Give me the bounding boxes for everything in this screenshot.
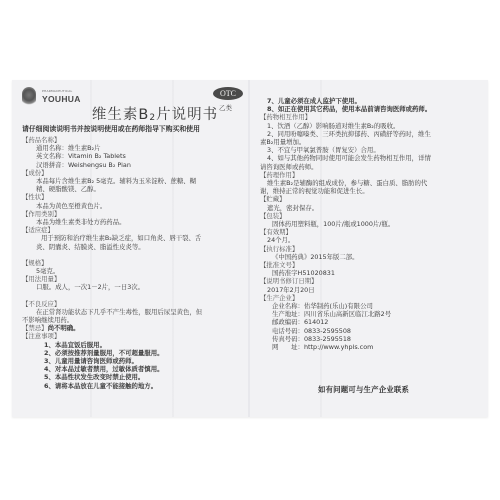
section-heading: 【不良反应】: [22, 300, 244, 308]
section-heading: 【规格】: [22, 259, 244, 267]
section-line: 汉语拼音：Weishengsu B₂ Pian: [22, 161, 244, 169]
section-adverse-reactions: 【不良反应】 在正常肾功能状态下几乎不产生毒性，服用后尿呈黄色，但 不影响继续用…: [22, 300, 244, 325]
precaution-item: 1、本品宜饭后服用。: [22, 341, 244, 349]
section-line: 《中国药典》2015年版二部。: [260, 253, 482, 261]
section-indications: 【适应症】 用于预防和治疗维生素B₂缺乏症，如口角炎、唇干裂、舌 炎、阴囊炎、结…: [22, 226, 244, 251]
section-heading: 【药理作用】: [260, 171, 482, 179]
section-line: 炎、阴囊炎、结膜炎、脂溢性皮炎等。: [22, 243, 244, 251]
left-column: 【药品名称】 通用名称：维生素B₂片 英文名称：Vitamin B₂ Table…: [22, 136, 244, 390]
section-heading: 【贮藏】: [260, 195, 482, 203]
section-line: 本品每片含维生素B₂ 5毫克。辅料为玉米淀粉、蔗糖、糊: [22, 177, 244, 185]
spacer: [22, 251, 244, 259]
section-storage: 【贮藏】 遮光，密封保存。: [260, 195, 482, 211]
section-line: 24个月。: [260, 236, 482, 244]
manufacturer-fax: 传真号码：0833-2595518: [260, 335, 482, 343]
section-line: 2、同用吩噻嗪类、三环类抗抑郁药、丙磺舒等药时，维生: [260, 130, 482, 138]
section-revision-date: 【说明书修订日期】 2017年2月20日: [260, 277, 482, 293]
section-pharmacology: 【药理作用】 维生素B₂是辅酶的组成成份，参与糖、蛋白质、脂肪的代 谢，维持正常…: [260, 171, 482, 196]
title-main: 维生素B: [92, 107, 149, 123]
section-heading: 【成份】: [22, 169, 244, 177]
contact-note: 如有问题可与生产企业联系: [318, 384, 409, 395]
section-heading: 【药物相互作用】: [260, 113, 482, 121]
section-heading: 【性状】: [22, 193, 244, 201]
manufacturer-phone: 电话号码：0833-2595508: [260, 327, 482, 335]
precaution-item: 5、本品性状发生改变时禁止使用。: [22, 373, 244, 381]
logo-tagline: PHARMACEUTICAL: [42, 89, 72, 93]
spacer: [22, 292, 244, 300]
manufacturer-website: 网 址：http://www.yhpls.com: [260, 343, 482, 351]
section-category: 【作用类别】 本品为维生素类非处方药药品。: [22, 210, 244, 226]
section-line: 固体药用塑料瓶，100片/瓶或1000片/瓶。: [260, 220, 482, 228]
section-heading: 【包装】: [260, 212, 482, 220]
precaution-item: 7、儿童必须在成人监护下使用。: [260, 97, 482, 105]
section-manufacturer: 【生产企业】 企业名称：佑华制药(乐山)有限公司 生产地址：四川省乐山高新区临江…: [260, 294, 482, 351]
section-heading: 【药品名称】: [22, 136, 244, 144]
section-expiry: 【有效期】 24个月。: [260, 228, 482, 244]
section-line: 本品为维生素类非处方药药品。: [22, 218, 244, 226]
section-standard: 【执行标准】 《中国药典》2015年版二部。: [260, 245, 482, 261]
section-line: 4、如与其他药物同时使用可能会发生药物相互作用，详情: [260, 154, 482, 162]
section-line: 2017年2月20日: [260, 286, 482, 294]
subtitle-instruction: 请仔细阅读说明书并按说明使用或在药师指导下购买和使用: [22, 123, 244, 133]
section-heading: 【注意事项】: [22, 332, 244, 340]
otc-badge: OTC: [213, 87, 243, 100]
title-rest: 片说明书: [156, 107, 218, 123]
section-line: 1、饮酒（乙醇）影响肠道对维生素B₂的吸收。: [260, 122, 482, 130]
section-interactions: 【药物相互作用】 1、饮酒（乙醇）影响肠道对维生素B₂的吸收。 2、同用吩噻嗪类…: [260, 113, 482, 170]
logo-emblem-icon: [22, 87, 36, 107]
section-heading: 【生产企业】: [260, 294, 482, 302]
section-line: 口服。成人，一次1－2片，一日3次。: [22, 283, 244, 291]
section-heading: 【作用类别】: [22, 210, 244, 218]
section-precautions: 【注意事项】 1、本品宜饭后服用。 2、必须按推荐剂量服用，不可超量服用。 3、…: [22, 332, 244, 389]
section-approval: 【批准文号】 国药准字H51020831: [260, 261, 482, 277]
section-line: 英文名称：Vitamin B₂ Tablets: [22, 152, 244, 160]
section-heading: 【说明书修订日期】: [260, 277, 482, 285]
section-line: 精、硬脂酸镁、乙醇。: [22, 185, 244, 193]
section-line: 本品为黄色至橙黄色片。: [22, 202, 244, 210]
page-title: 维生素B2片说明书: [75, 103, 235, 124]
section-appearance: 【性状】 本品为黄色至橙黄色片。: [22, 193, 244, 209]
section-line: 在正常肾功能状态下几乎不产生毒性，服用后尿呈黄色，但: [22, 308, 244, 316]
manufacturer-postcode: 邮政编码：614012: [260, 318, 482, 326]
precaution-item: 2、必须按推荐剂量服用，不可超量服用。: [22, 349, 244, 357]
section-line: 遮光，密封保存。: [260, 204, 482, 212]
section-ingredients: 【成份】 本品每片含维生素B₂ 5毫克。辅料为玉米淀粉、蔗糖、糊 精、硬脂酸镁、…: [22, 169, 244, 194]
section-line: 谢，维持正常的视觉功能和促进生长。: [260, 187, 482, 195]
section-dosage: 【用法用量】 口服。成人，一次1－2片，一日3次。: [22, 275, 244, 291]
section-package: 【包装】 固体药用塑料瓶，100片/瓶或1000片/瓶。: [260, 212, 482, 228]
section-line: 用于预防和治疗维生素B₂缺乏症，如口角炎、唇干裂、舌: [22, 234, 244, 242]
section-drug-name: 【药品名称】 通用名称：维生素B₂片 英文名称：Vitamin B₂ Table…: [22, 136, 244, 169]
section-specification: 【规格】 5毫克。: [22, 259, 244, 275]
right-column: 7、儿童必须在成人监护下使用。 8、如正在使用其它药品，使用本品前请咨询医师或药…: [260, 97, 482, 351]
section-line: 维生素B₂是辅酶的组成成份，参与糖、蛋白质、脂肪的代: [260, 179, 482, 187]
section-line: 素B₂用量增加。: [260, 138, 482, 146]
section-heading: 【执行标准】: [260, 245, 482, 253]
section-line: 请咨询医师或药师。: [260, 163, 482, 171]
precaution-item: 6、请将本品放在儿童不能接触的地方。: [22, 382, 244, 390]
